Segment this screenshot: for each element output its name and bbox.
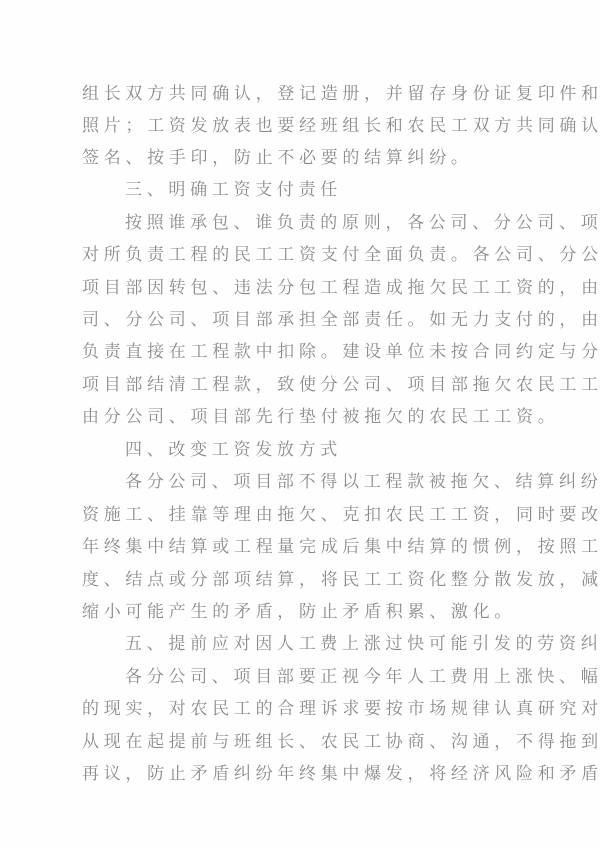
paragraph-line: 由分公司、项目部先行垫付被拖欠的农民工工资。 — [82, 407, 512, 427]
paragraph-line: 缩小可能产生的矛盾，防止矛盾积累、激化。 — [82, 602, 512, 622]
document-page: 组长双方共同确认，登记造册，并留存身份证复印件和数码 照片；工资发放表也要经班组… — [0, 0, 600, 848]
paragraph-line: 资施工、挂靠等理由拖欠、克扣农民工工资，同时要改以往 — [82, 505, 512, 525]
paragraph-line: 对所负责工程的民工工资支付全面负责。各公司、分公司、 — [82, 245, 512, 265]
paragraph-line: 组长双方共同确认，登记造册，并留存身份证复印件和数码 — [82, 84, 512, 104]
paragraph-line: 照片；工资发放表也要经班组长和农民工双方共同确认，并 — [82, 116, 512, 136]
paragraph-line: 各分公司、项目部要正视今年人工费用上涨快、幅度大 — [125, 667, 555, 687]
paragraph-line: 负责直接在工程款中扣除。建设单位未按合同约定与分公司、 — [82, 342, 512, 362]
paragraph-line: 项目部结清工程款，致使分公司、项目部拖欠农民工工资的， — [82, 375, 512, 395]
paragraph-line: 按照谁承包、谁负责的原则，各公司、分公司、项目部 — [125, 213, 555, 233]
paragraph-line: 的现实，对农民工的合理诉求要按市场规律认真研究对待， — [82, 699, 512, 719]
paragraph-line: 年终集中结算或工程量完成后集中结算的惯例，按照工程进 — [82, 537, 512, 557]
paragraph-line: 再议，防止矛盾纠纷年终集中爆发，将经济风险和矛盾控制 — [82, 764, 512, 784]
section-heading-5: 五、提前应对因人工费上涨过快可能引发的劳资纠纷 — [125, 634, 555, 654]
paragraph-line: 从现在起提前与班组长、农民工协商、沟通，不得拖到年终 — [82, 732, 512, 752]
paragraph-line: 各分公司、项目部不得以工程款被拖欠、结算纠纷、垫 — [125, 472, 555, 492]
section-heading-3: 三、明确工资支付责任 — [125, 180, 555, 200]
paragraph-line: 签名、按手印，防止不必要的结算纠纷。 — [82, 148, 512, 168]
paragraph-line: 项目部因转包、违法分包工程造成拖欠民工工资的，由各公 — [82, 278, 512, 298]
paragraph-line: 度、结点或分部项结算，将民工工资化整分散发放，减少、 — [82, 570, 512, 590]
section-heading-4: 四、改变工资发放方式 — [125, 440, 555, 460]
paragraph-line: 司、分公司、项目部承担全部责任。如无力支付的，由集团 — [82, 310, 512, 330]
